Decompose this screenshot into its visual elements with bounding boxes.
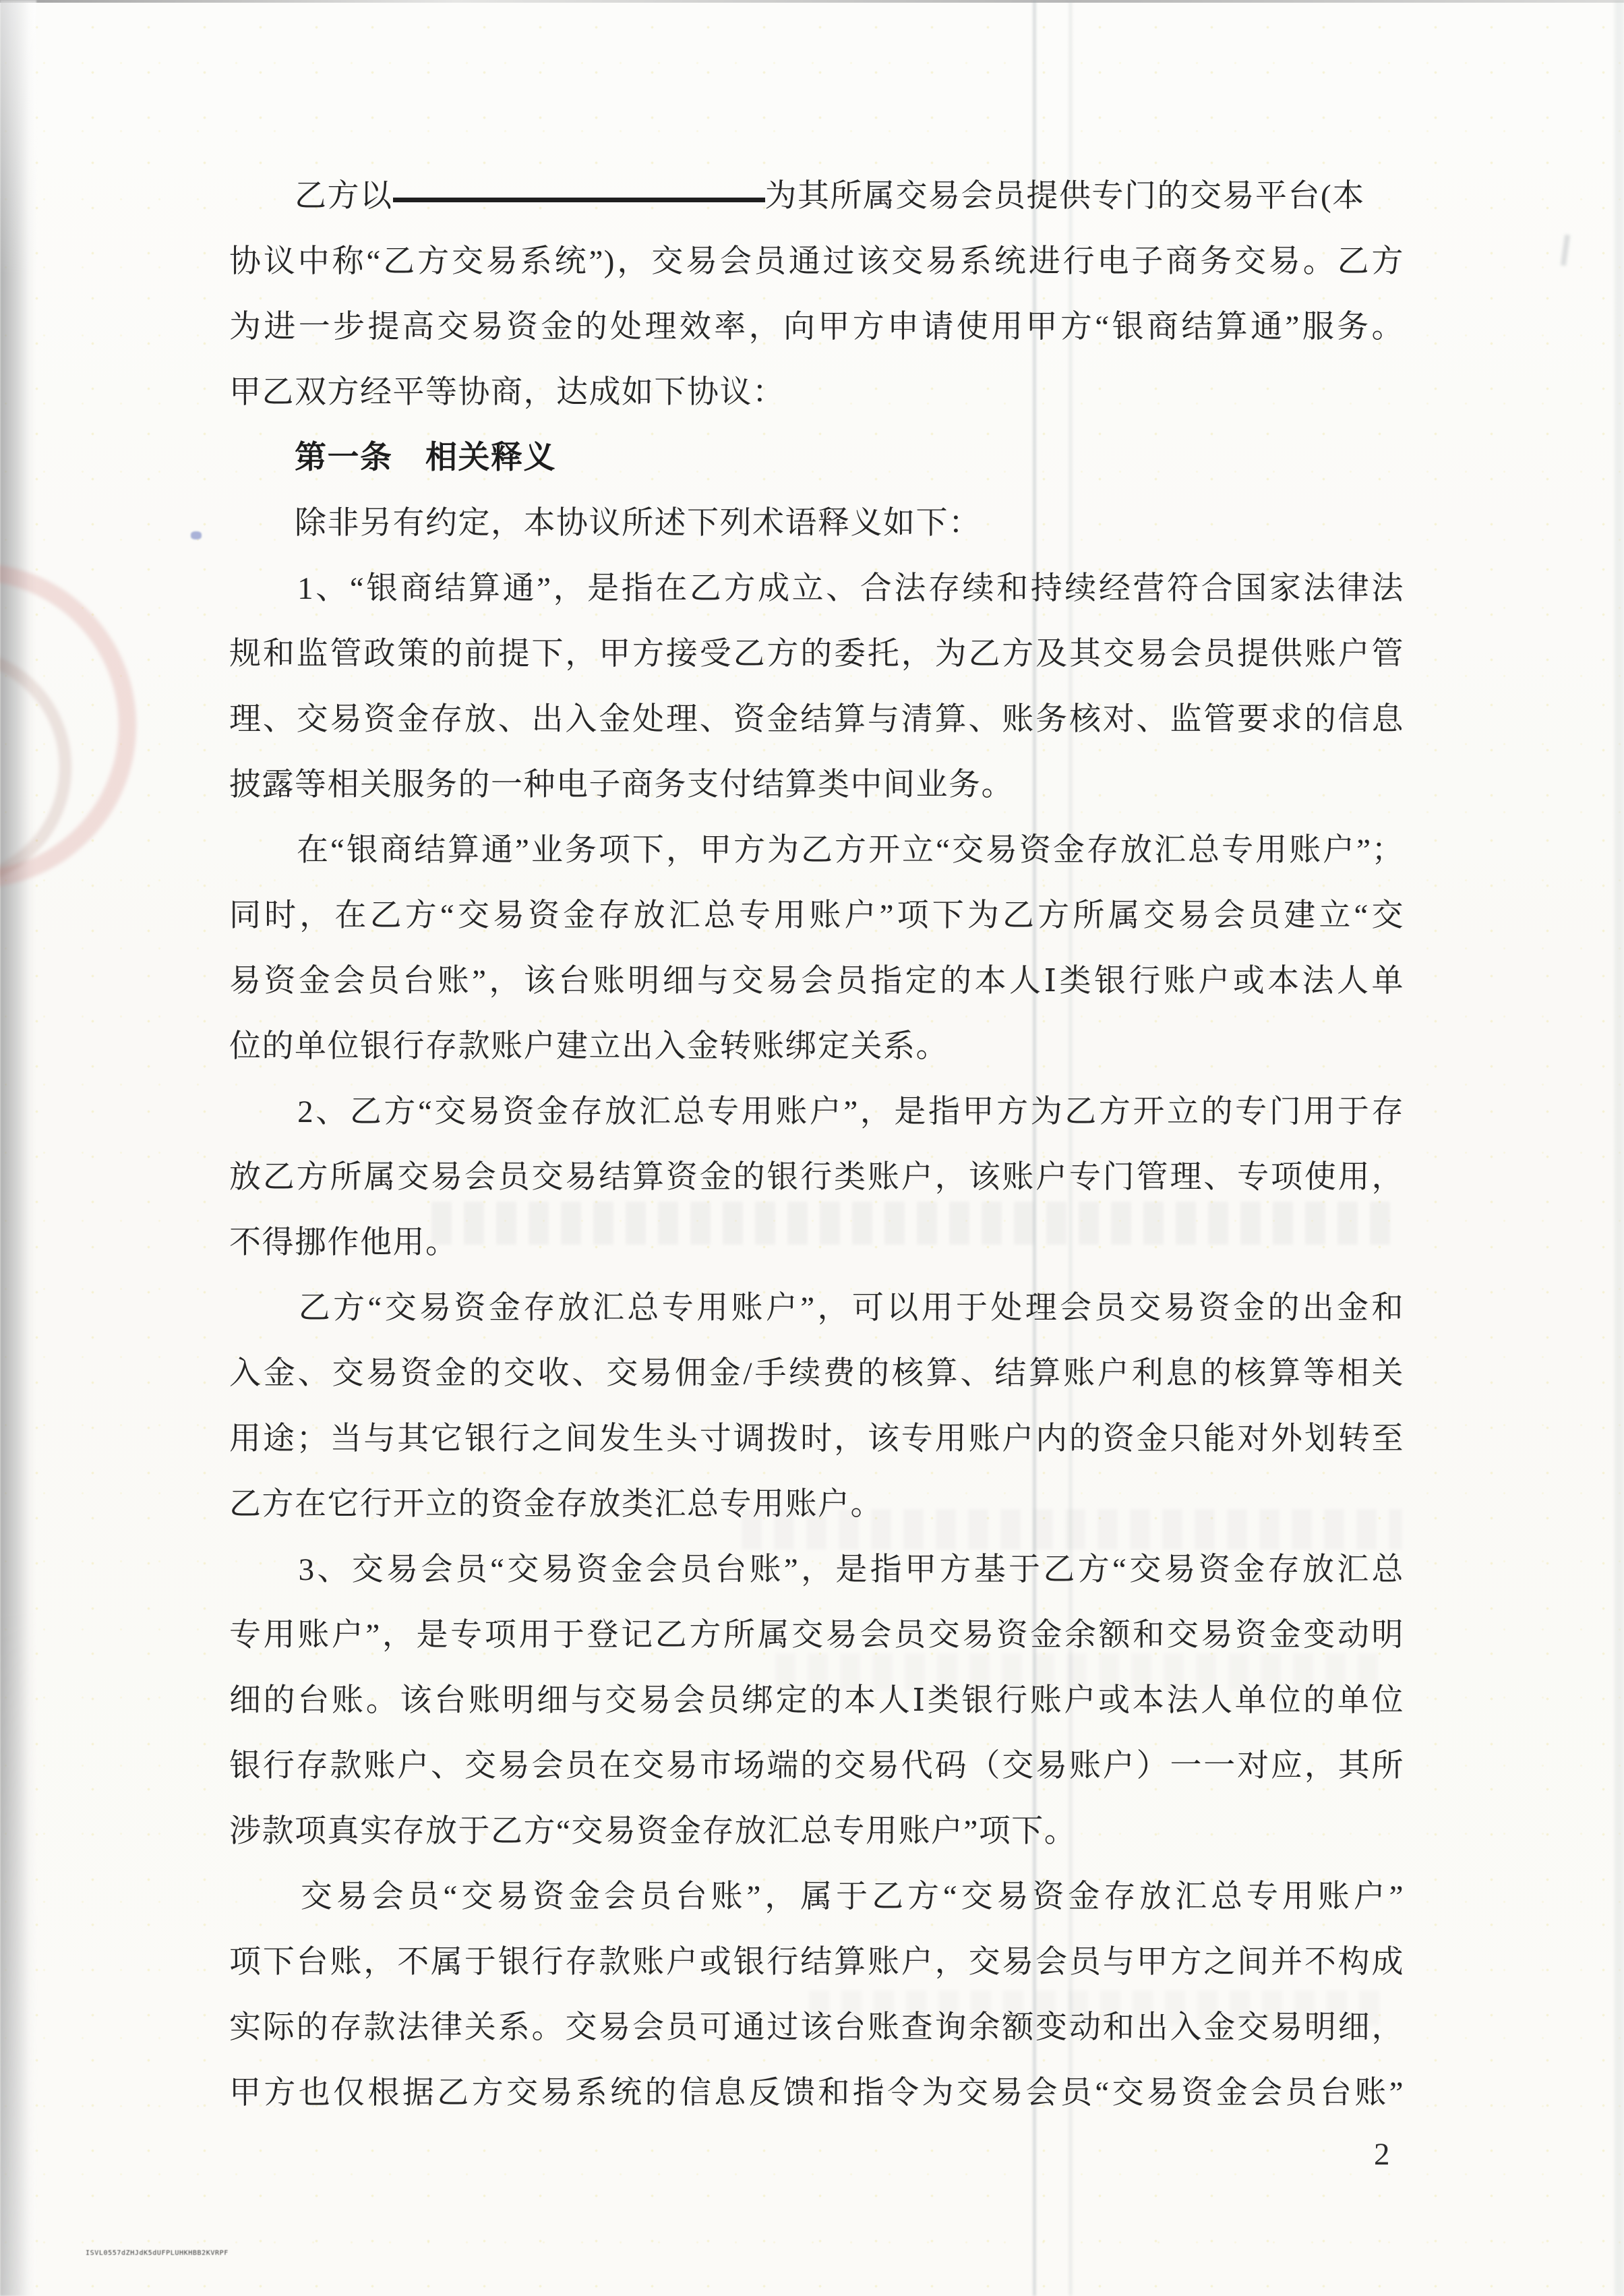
contract-body-text: 乙方以为其所属交易会员提供专门的交易平台(本 协议中称“乙方交易系统”)，交易会… [229,164,1404,2126]
paragraph-line: 规和监管政策的前提下，甲方接受乙方的委托，为乙方及其交易会员提供账户管 [229,622,1404,687]
paragraph-line: 理、交易资金存放、出入金处理、资金结算与清算、账务核对、监管要求的信息 [229,687,1404,753]
paragraph-line: 涉款项真实存放于乙方“交易资金存放汇总专用账户”项下。 [229,1799,1404,1864]
paragraph-line: 放乙方所属交易会员交易结算资金的银行类账户，该账户专门管理、专项使用， [229,1145,1404,1210]
paragraph-line: 披露等相关服务的一种电子商务支付结算类中间业务。 [229,753,1404,818]
paragraph-line: 用途；当与其它银行之间发生头寸调拨时，该专用账户内的资金只能对外划转至 [229,1407,1404,1472]
binding-shadow-left-edge [0,0,36,2296]
paragraph-line: 专用账户”，是专项用于登记乙方所属交易会员交易资金余额和交易资金变动明 [229,1603,1404,1668]
paragraph-line: 2、乙方“交易资金存放汇总专用账户”，是指甲方为乙方开立的专门用于存 [229,1080,1404,1145]
paragraph-line: 同时，在乙方“交易资金存放汇总专用账户”项下为乙方所属交易会员建立“交 [229,883,1404,949]
article-1-heading: 第一条 相关释义 [229,425,1404,491]
paragraph-line-with-blank: 乙方以为其所属交易会员提供专门的交易平台(本 [229,164,1404,229]
paragraph-line: 实际的存款法律关系。交易会员可通过该台账查询余额变动和出入金交易明细， [229,1995,1404,2061]
paragraph-line: 入金、交易资金的交收、交易佣金/手续费的核算、结算账户利息的核算等相关 [229,1341,1404,1407]
paragraph-line: 细的台账。该台账明细与交易会员绑定的本人Ⅰ类银行账户或本法人单位的单位 [229,1668,1404,1734]
paragraph-line: 甲方也仅根据乙方交易系统的信息反馈和指令为交易会员“交易资金会员台账” [229,2061,1404,2126]
paragraph-line: 为进一步提高交易资金的处理效率，向甲方申请使用甲方“银商结算通”服务。 [229,295,1404,360]
paragraph-line: 乙方“交易资金存放汇总专用账户”，可以用于处理会员交易资金的出金和 [229,1276,1404,1341]
page-number: 2 [1374,2131,1390,2178]
paragraph-line: 乙方在它行开立的资金存放类汇总专用账户。 [229,1472,1404,1537]
paragraph-line: 交易会员“交易资金会员台账”，属于乙方“交易资金存放汇总专用账户” [229,1864,1404,1930]
paragraph-line: 1、“银商结算通”，是指在乙方成立、合法存续和持续经营符合国家法律法 [229,556,1404,622]
scanner-footer-code: ISVL0557dZHJdK5dUFPLUHKHBB2KVRPF [86,2249,229,2257]
scanner-top-edge [0,0,1624,3]
scan-smudge [1561,235,1570,266]
scan-right-edge [1615,0,1624,2296]
paragraph-line: 在“银商结算通”业务项下，甲方为乙方开立“交易资金存放汇总专用账户”； [229,818,1404,883]
paragraph-line: 协议中称“乙方交易系统”)，交易会员通过该交易系统进行电子商务交易。乙方 [229,229,1404,295]
paragraph-line: 项下台账，不属于银行存款账户或银行结算账户，交易会员与甲方之间并不构成 [229,1930,1404,1995]
fill-line-prefix: 乙方以 [229,179,393,214]
ink-speck [191,531,202,539]
fill-in-blank-underline [393,191,765,202]
paragraph-line: 不得挪作他用。 [229,1210,1404,1276]
scanned-contract-page: 乙方以为其所属交易会员提供专门的交易平台(本 协议中称“乙方交易系统”)，交易会… [0,0,1624,2296]
paragraph-line: 甲乙双方经平等协商，达成如下协议： [229,360,1404,425]
paragraph-line: 位的单位银行存款账户建立出入金转账绑定关系。 [229,1014,1404,1080]
paragraph-line: 银行存款账户、交易会员在交易市场端的交易代码（交易账户）一一对应，其所 [229,1734,1404,1799]
fill-line-suffix: 为其所属交易会员提供专门的交易平台(本 [765,179,1365,214]
paragraph-line: 3、交易会员“交易资金会员台账”，是指甲方基于乙方“交易资金存放汇总 [229,1537,1404,1603]
paragraph-line: 除非另有约定，本协议所述下列术语释义如下： [229,491,1404,556]
paragraph-line: 易资金会员台账”，该台账明细与交易会员指定的本人Ⅰ类银行账户或本法人单 [229,949,1404,1014]
